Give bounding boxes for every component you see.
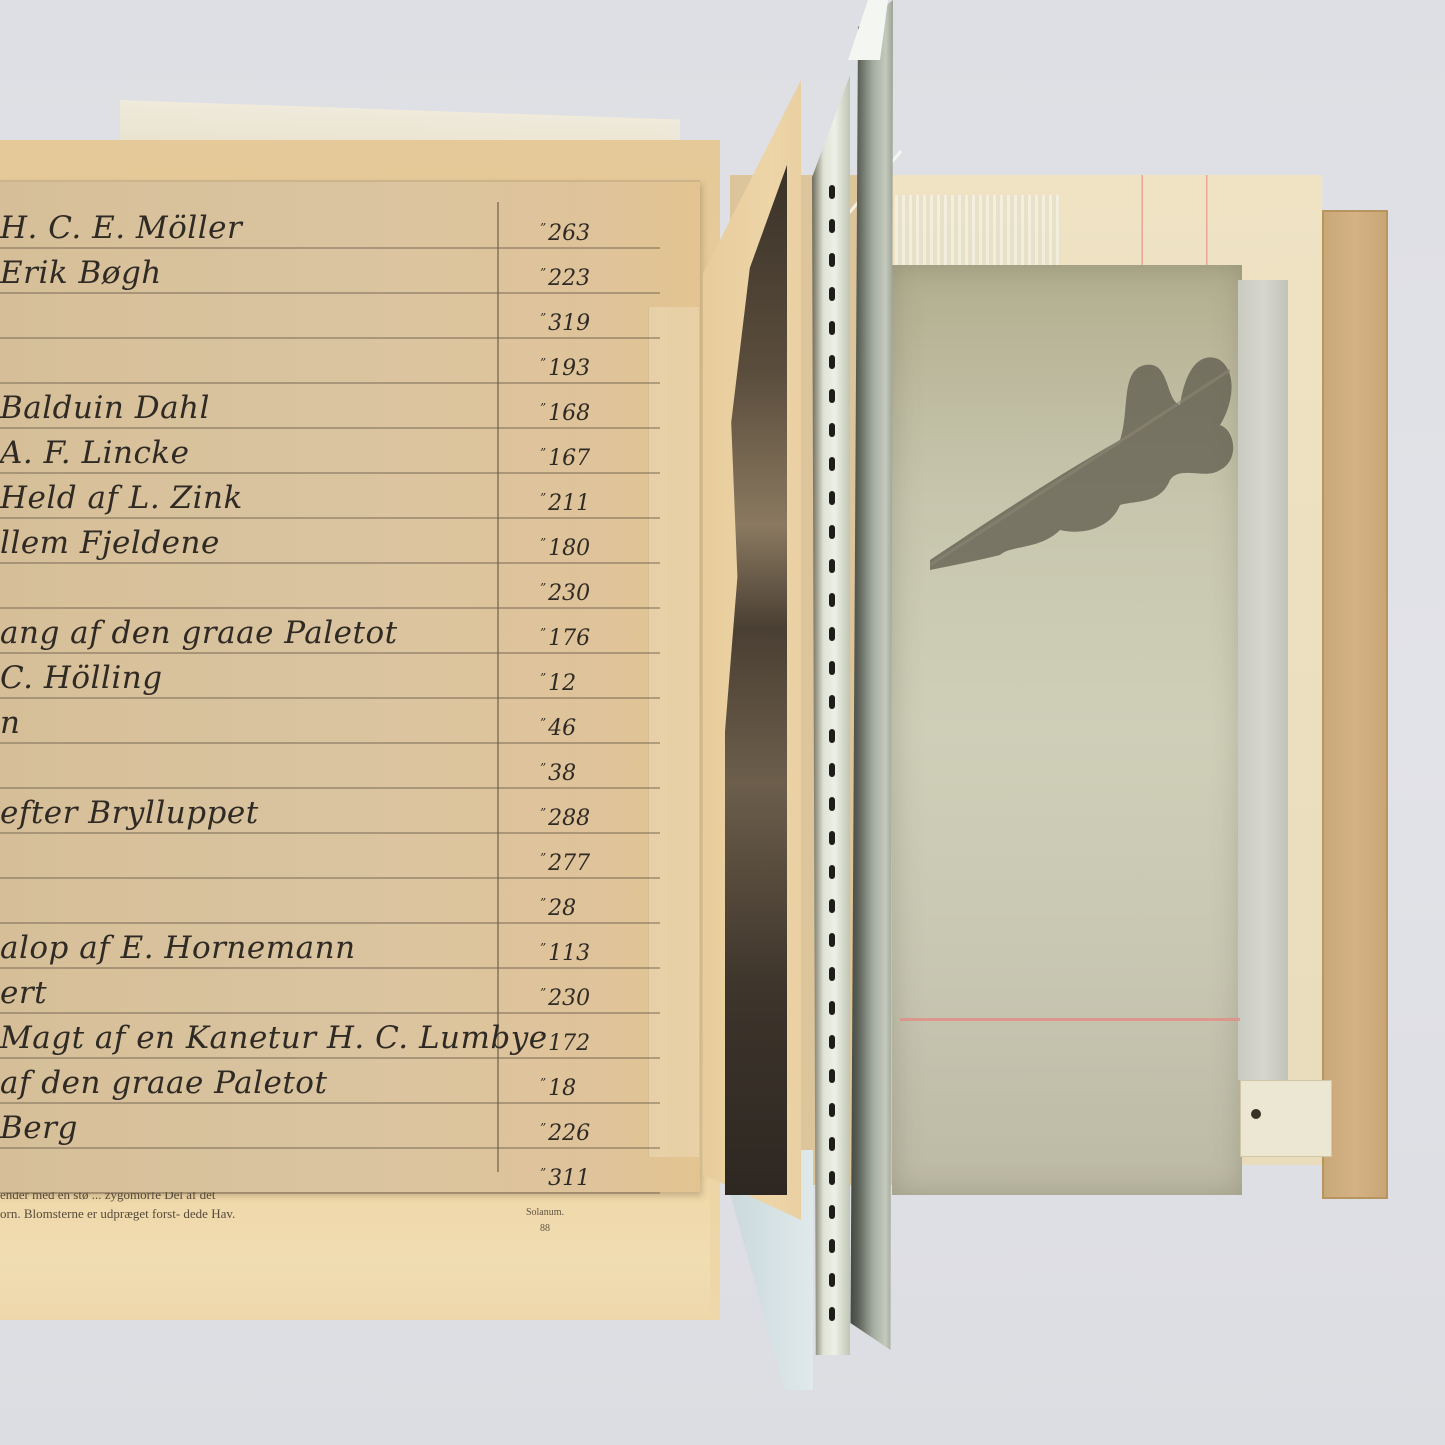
ledger-entry-title: Erik Bøgh [0,255,162,291]
ledger-entry-number: 168 [540,401,590,426]
ledger-entry-number: 38 [540,761,576,786]
ledger-entry-number: 180 [540,536,590,561]
ledger-entry-title: efter Brylluppet [0,795,259,831]
ledger-entry-number: 319 [540,311,590,336]
sprocket-hole [829,219,835,233]
sprocket-hole [829,1273,835,1287]
ledger-entry-title: ang af den graae Paletot [0,615,398,651]
red-margin-line [900,1018,1240,1021]
ledger-line [0,1192,660,1194]
sprocket-hole [829,865,835,879]
ledger-entry-number: 226 [540,1121,590,1146]
sprocket-hole [829,525,835,539]
ledger-entry-number: 28 [540,896,576,921]
sprocket-hole [829,253,835,267]
ledger-entry-number: 18 [540,1076,576,1101]
sprocket-hole [829,1069,835,1083]
paper-tag [1240,1080,1332,1157]
sprocket-hole [829,1001,835,1015]
ledger-entry-number: 288 [540,806,590,831]
ledger-entry-title: Balduin Dahl [0,390,210,426]
ledger-row: H. C. E. Möller263 [0,202,640,250]
ledger-entry-number: 113 [540,941,590,966]
sprocket-hole [829,1103,835,1117]
ledger-row: ert230 [0,967,640,1015]
film-strip [812,75,850,1355]
right-cover-board [1322,210,1388,1199]
ledger-entry-number: 230 [540,581,590,606]
ledger-entry-number: 223 [540,266,590,291]
sprocket-hole [829,1035,835,1049]
sprocket-hole [829,797,835,811]
sprocket-hole [829,321,835,335]
sprocket-hole [829,967,835,981]
ledger-entry-title: H. C. E. Möller [0,210,242,246]
ledger-row: llem Fjeldene180 [0,517,640,565]
sprocket-hole [829,185,835,199]
sprocket-hole [829,899,835,913]
ledger-entry-title: Berg [0,1110,78,1146]
sprocket-hole [829,933,835,947]
ledger-entry-number: 311 [540,1166,590,1191]
sprocket-hole [829,661,835,675]
ledger-row: alop af E. Hornemann113 [0,922,640,970]
sprocket-hole [829,831,835,845]
sprocket-hole [829,287,835,301]
ledger-entry-title: alop af E. Hornemann [0,930,356,966]
ledger-entry-number: 263 [540,221,590,246]
sprocket-hole [829,1205,835,1219]
ledger-row: af den graae Paletot18 [0,1057,640,1105]
ledger-row: 28 [0,877,640,925]
ledger-entry-title: ert [0,975,47,1011]
ledger-row: ang af den graae Paletot176 [0,607,640,655]
ledger-row: 230 [0,562,640,610]
ledger-row: 311 [0,1147,640,1195]
sprocket-hole [829,491,835,505]
sprocket-hole [829,1171,835,1185]
ledger-row: 319 [0,292,640,340]
tag-hole [1251,1109,1261,1119]
sprocket-hole [829,1239,835,1253]
ledger-entry-number: 46 [540,716,576,741]
sprocket-hole [829,763,835,777]
sprocket-hole [829,355,835,369]
ledger-entry-title: A. F. Lincke [0,435,189,471]
ledger-entry-number: 277 [540,851,590,876]
sprocket-hole [829,559,835,573]
ledger-entry-number: 230 [540,986,590,1011]
ledger-row: Balduin Dahl168 [0,382,640,430]
ledger-row: 38 [0,742,640,790]
ledger-row: Erik Bøgh223 [0,247,640,295]
ledger-row: efter Brylluppet288 [0,787,640,835]
ledger-entry-number: 176 [540,626,590,651]
ledger-entry-title: Magt af en Kanetur H. C. Lumbye [0,1020,548,1056]
ledger-row: 193 [0,337,640,385]
sprocket-hole [829,389,835,403]
sprocket-hole [829,423,835,437]
sprocket-hole [829,729,835,743]
sprocket-hole [829,593,835,607]
sprocket-hole [829,1137,835,1151]
ledger-entry-title: Held af L. Zink [0,480,243,516]
ledger-entry-number: 172 [540,1031,590,1056]
ledger-entry-number: 167 [540,446,590,471]
sprocket-hole [829,1307,835,1321]
ledger-row: Berg226 [0,1102,640,1150]
ledger-row: Held af L. Zink211 [0,472,640,520]
oak-leaf-print-icon [930,330,1250,580]
ledger-entry-title: n [0,705,20,741]
sprocket-hole [829,695,835,709]
ledger-entry-number: 12 [540,671,576,696]
ledger-row: A. F. Lincke167 [0,427,640,475]
ledger-row: 277 [0,832,640,880]
ledger-entry-title: llem Fjeldene [0,525,220,561]
ledger-overlay-strip [648,307,699,1157]
ledger-entry-number: 211 [540,491,590,516]
ledger-entry-title: C. Hölling [0,660,163,696]
ledger-entry-number: 193 [540,356,590,381]
ledger-row: C. Hölling12 [0,652,640,700]
printed-figure-caption: Solanum. 88 [515,1205,575,1237]
ledger-row: n46 [0,697,640,745]
sprocket-hole [829,457,835,471]
ledger-page: H. C. E. Möller263Erik Bøgh223319193Bald… [0,180,700,1192]
ledger-row: Magt af en Kanetur H. C. Lumbye172 [0,1012,640,1060]
sprocket-hole [829,627,835,641]
ledger-entry-title: af den graae Paletot [0,1065,327,1101]
